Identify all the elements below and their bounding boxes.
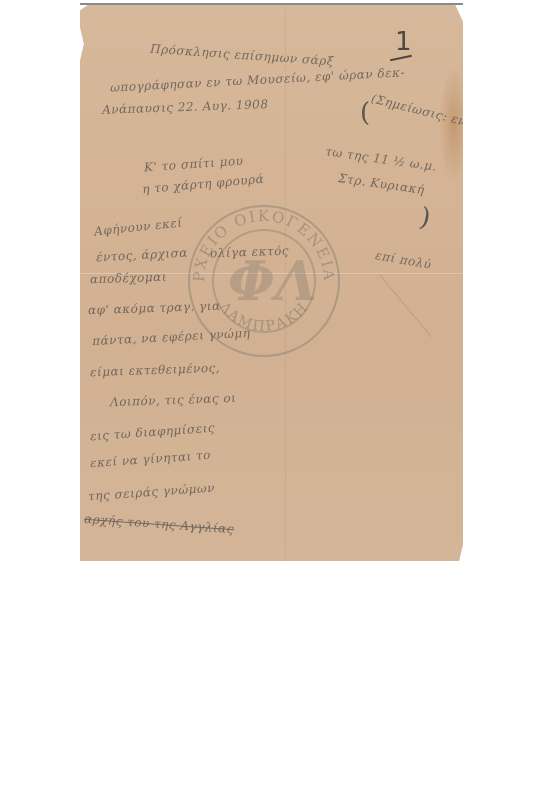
- paper-crease: [380, 275, 432, 337]
- handwritten-line: ωπογράφησαν εν τω Μουσείω, εφ' ώραν δεκ-: [110, 65, 406, 94]
- handwritten-line: αποδέχομαι: [90, 270, 167, 287]
- open-parenthesis: (: [360, 98, 370, 128]
- handwritten-line: Λοιπόν, τις ένας οι: [110, 391, 237, 409]
- handwritten-line: εις τω διαφημίσεις: [90, 421, 216, 444]
- struck-through-line: αρχής του της Αγγλίας: [84, 512, 235, 536]
- page-number: 1: [395, 27, 412, 57]
- close-parenthesis: ): [417, 202, 433, 233]
- handwritten-line: εκεί να γίνηται το: [90, 448, 212, 470]
- handwritten-line: τω της 11 ½ ω.μ.: [325, 144, 438, 173]
- handwritten-line: είμαι εκτεθειμένος,: [90, 361, 221, 380]
- scan-top-border: [80, 3, 463, 5]
- handwritten-line: Κ' το σπίτι μου: [144, 154, 244, 175]
- letter-page: 1 Πρόσκλησις επίσημων σάρξ ωπογράφησαν ε…: [80, 5, 463, 561]
- stamp-monogram: ΦΛ: [228, 249, 317, 313]
- handwritten-line: έντος, άρχισα: [96, 246, 188, 265]
- archive-stamp: ΑΡΧΕΙΟ ΟΙΚΟΓΕΝΕΙΑΣ ΛΑΜΠΡΑΚΗ ΦΛ: [188, 205, 340, 357]
- handwritten-line: Αφήνουν εκεί: [94, 215, 184, 238]
- handwritten-line: Στρ. Κυριακή: [337, 171, 425, 197]
- handwritten-line: Πρόσκλησις επίσημων σάρξ: [150, 42, 335, 69]
- handwritten-line: επί πολύ: [374, 248, 432, 272]
- handwritten-line: της σειράς γνώμων: [88, 481, 216, 504]
- handwritten-line: Ανάπαυσις 22. Αυγ. 1908: [102, 97, 269, 117]
- handwritten-line: η το χάρτη φρουρά: [142, 172, 265, 197]
